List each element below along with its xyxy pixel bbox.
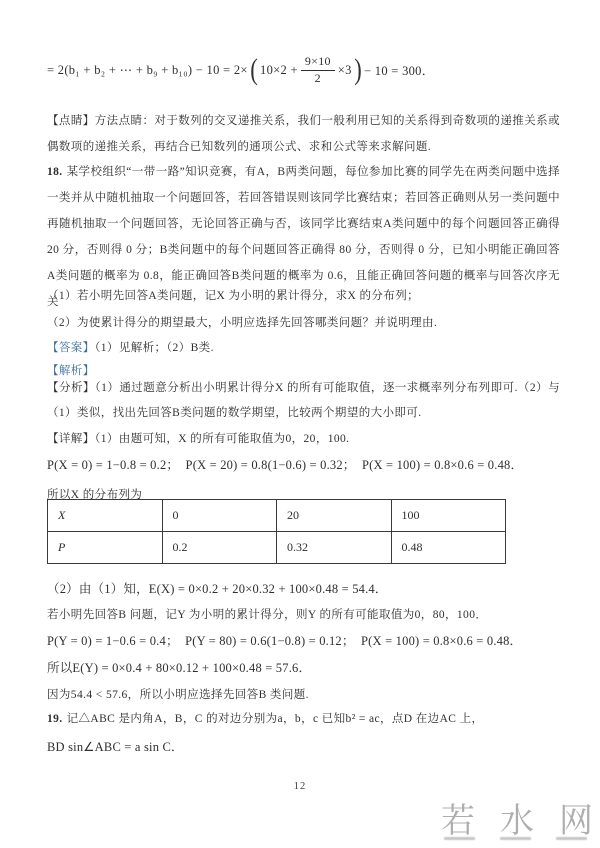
problem-19-number: 19. [47,713,63,725]
watermark-subtext [444,837,587,840]
equation-inner-pre: 10×2 + [260,63,298,78]
dianjing-text: 方法点睛：对于数列的交叉递推关系，我们一般利用已知的关系得到奇数项的递推关系或偶… [47,115,560,153]
watermark-logo: 若水网 [441,793,600,842]
equation-sum-formula: = 2(b₁ + b₂ + ⋯ + b₉ + b₁₀) − 10 = 2× ( … [47,55,435,85]
watermark-subtext-bar [500,837,531,840]
expectation-x-line: （2）由（1）知，E(X) = 0×0.2 + 20×0.32 + 100×0.… [47,576,560,602]
table-cell: X [48,500,163,532]
conclusion-line: 因为54.4 < 57.6，所以小明应选择先回答B 类问题. [47,682,560,708]
dianjing-label: 【点睛】 [47,115,95,127]
table-row-p: P 0.2 0.32 0.48 [48,532,506,564]
problem-18-number: 18. [47,166,63,178]
xiangjie-text: （1）由题可知，X 的所有可能取值为0，20，100. [95,433,350,445]
prob-y-formulas: P(Y = 0) = 1−0.6 = 0.4； P(Y = 80) = 0.6(… [47,628,560,654]
distribution-table: X 0 20 100 P 0.2 0.32 0.48 [47,499,506,564]
expectation-y-line: 所以E(Y) = 0×0.4 + 80×0.12 + 100×0.48 = 57… [47,655,560,681]
answer-label: 【答案】 [47,342,95,354]
equation-lhs: = 2(b₁ + b₂ + ⋯ + b₉ + b₁₀) − 10 = 2× [47,62,248,78]
table-cell: 0.48 [391,532,506,564]
fenxi-text: （1）通过题意分析出小明累计得分X 的所有可能取值，逐一求概率列分布列即可.（2… [47,382,560,419]
y-intro-line: 若小明先回答B 问题，记Y 为小明的累计得分，则Y 的所有可能取值为0，80，1… [47,602,560,628]
equation-rhs: − 10 = 300． [364,61,435,79]
table-cell: 0.32 [277,532,392,564]
xiangjie-paragraph: 【详解】（1）由题可知，X 的所有可能取值为0，20，100. [47,426,560,452]
fenxi-label: 【分析】 [47,382,95,394]
problem-19-line2: BD sin∠ABC = a sin C． [47,734,560,760]
answer-text: （1）见解析；（2）B类. [95,342,214,354]
problem-18-part1: （1）若小明先回答A类问题，记X 为小明的累计得分，求X 的分布列； [47,283,560,309]
big-paren-open: ( [250,55,258,85]
table-cell: 0.2 [162,532,277,564]
problem-19-text: 记△ABC 是内角A，B，C 的对边分别为a，b，c 已知b² = ac，点D … [67,713,484,725]
xiangjie-label: 【详解】 [47,433,95,445]
watermark-subtext-bar [444,837,475,840]
watermark-subtext-bar [556,837,587,840]
fenxi-paragraph: 【分析】（1）通过题意分析出小明累计得分X 的所有可能取值，逐一求概率列分布列即… [47,376,560,426]
big-paren-close: ) [354,55,362,85]
table-cell: 100 [391,500,506,532]
problem-18-part2: （2）为使累计得分的期望最大，小明应选择先回答哪类问题？并说明理由. [47,310,560,336]
fraction: 9×10 2 [301,55,335,85]
fraction-numerator: 9×10 [301,55,335,71]
equation-inner-post: ×3 [338,63,352,78]
problem-19: 19.记△ABC 是内角A，B，C 的对边分别为a，b，c 已知b² = ac，… [47,706,560,732]
table-cell: P [48,532,163,564]
prob-x-formulas: P(X = 0) = 1−0.8 = 0.2； P(X = 20) = 0.8(… [47,452,560,478]
note-dianjing: 【点睛】方法点睛：对于数列的交叉递推关系，我们一般利用已知的关系得到奇数项的递推… [47,108,560,160]
table-row-x: X 0 20 100 [48,500,506,532]
page-number: 12 [0,781,600,792]
table-cell: 20 [277,500,392,532]
table-cell: 0 [162,500,277,532]
fraction-denominator: 2 [301,71,335,85]
document-page: = 2(b₁ + b₂ + ⋯ + b₉ + b₁₀) − 10 = 2× ( … [0,0,600,848]
